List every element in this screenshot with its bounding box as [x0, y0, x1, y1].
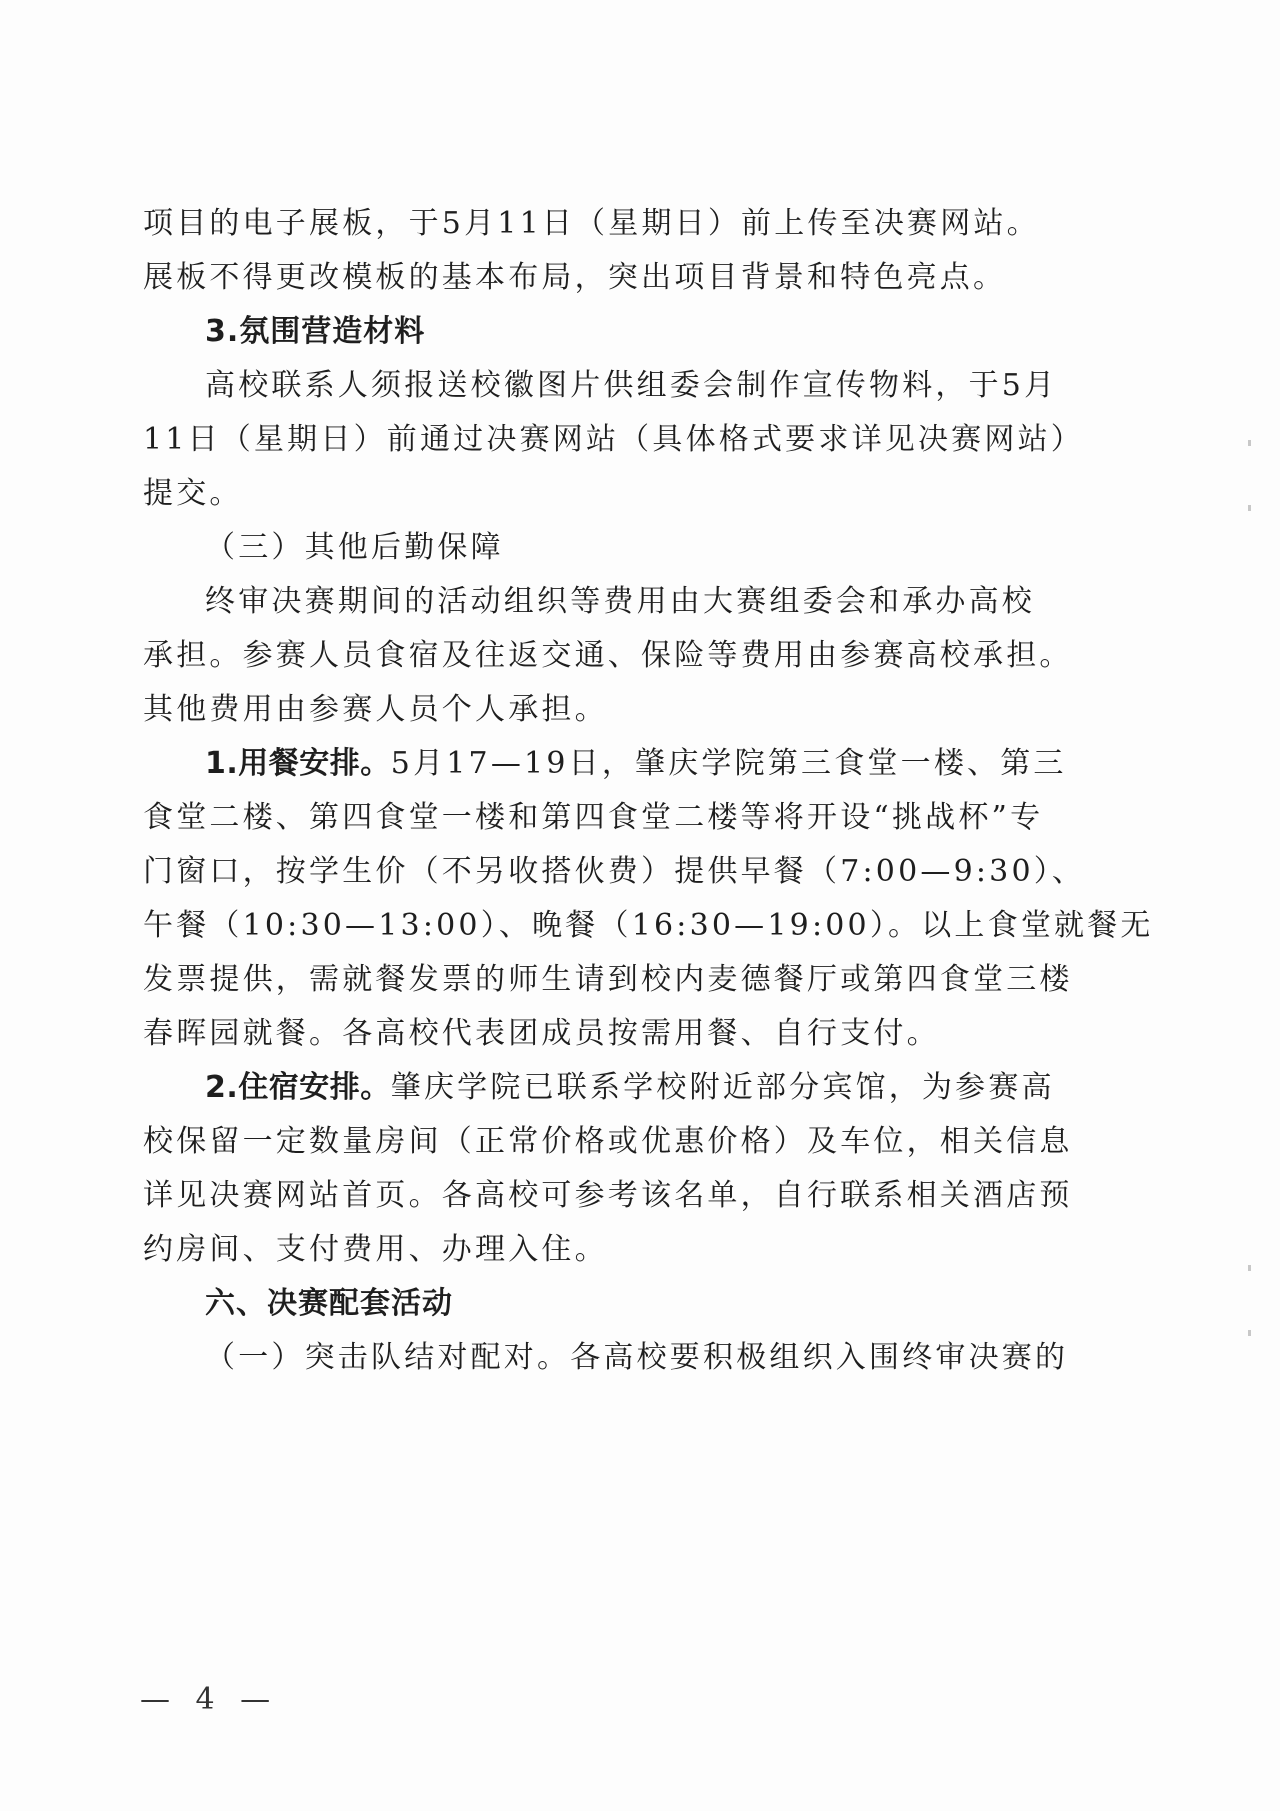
paragraph-line: 发票提供，需就餐发票的师生请到校内麦德餐厅或第四食堂三楼	[143, 960, 963, 1000]
paragraph-line: 11日（星期日）前通过决赛网站（具体格式要求详见决赛网站）	[143, 420, 963, 460]
paragraph-line: 校保留一定数量房间（正常价格或优惠价格）及车位，相关信息	[143, 1122, 963, 1162]
paragraph-line-dining: 1.用餐安排。5月17—19日，肇庆学院第三食堂一楼、第三	[205, 744, 963, 784]
paragraph-line: 其他费用由参赛人员个人承担。	[143, 690, 963, 730]
page-number: — 4 —	[140, 1680, 278, 1720]
paragraph-line: 食堂二楼、第四食堂一楼和第四食堂二楼等将开设“挑战杯”专	[143, 798, 963, 838]
accommodation-arrangement-lead: 2.住宿安排。	[205, 1070, 391, 1105]
scan-artifact	[1248, 1265, 1251, 1271]
document-page: 项目的电子展板，于5月11日（星期日）前上传至决赛网站。 展板不得更改模板的基本…	[0, 0, 1280, 1811]
paragraph-line: 展板不得更改模板的基本布局，突出项目背景和特色亮点。	[143, 258, 963, 298]
paragraph-line: （一）突击队结对配对。各高校要积极组织入围终审决赛的	[205, 1338, 963, 1378]
subsection-heading-logistics: （三）其他后勤保障	[205, 528, 963, 568]
dining-arrangement-lead: 1.用餐安排。	[205, 746, 391, 781]
scan-artifact	[1248, 505, 1251, 511]
paragraph-line: 终审决赛期间的活动组织等费用由大赛组委会和承办高校	[205, 582, 963, 622]
scan-artifact	[1248, 1330, 1251, 1336]
paragraph-line-accommodation: 2.住宿安排。肇庆学院已联系学校附近部分宾馆，为参赛高	[205, 1068, 963, 1108]
accommodation-arrangement-text: 肇庆学院已联系学校附近部分宾馆，为参赛高	[391, 1070, 1055, 1105]
section-heading-atmosphere-materials: 3.氛围营造材料	[205, 312, 963, 352]
paragraph-line: 详见决赛网站首页。各高校可参考该名单，自行联系相关酒店预	[143, 1176, 963, 1216]
scan-artifact	[1248, 440, 1251, 446]
paragraph-line: 提交。	[143, 474, 963, 514]
paragraph-line: 项目的电子展板，于5月11日（星期日）前上传至决赛网站。	[143, 204, 963, 244]
paragraph-line: 高校联系人须报送校徽图片供组委会制作宣传物料，于5月	[205, 366, 963, 406]
paragraph-line: 春晖园就餐。各高校代表团成员按需用餐、自行支付。	[143, 1014, 963, 1054]
paragraph-line: 承担。参赛人员食宿及往返交通、保险等费用由参赛高校承担。	[143, 636, 963, 676]
paragraph-line: 午餐（10:30—13:00）、晚餐（16:30—19:00）。以上食堂就餐无	[143, 906, 963, 946]
paragraph-line: 约房间、支付费用、办理入住。	[143, 1230, 963, 1270]
paragraph-line: 门窗口，按学生价（不另收搭伙费）提供早餐（7:00—9:30）、	[143, 852, 963, 892]
dining-arrangement-text: 5月17—19日，肇庆学院第三食堂一楼、第三	[391, 746, 1067, 781]
section-heading-final-activities: 六、决赛配套活动	[205, 1284, 963, 1324]
